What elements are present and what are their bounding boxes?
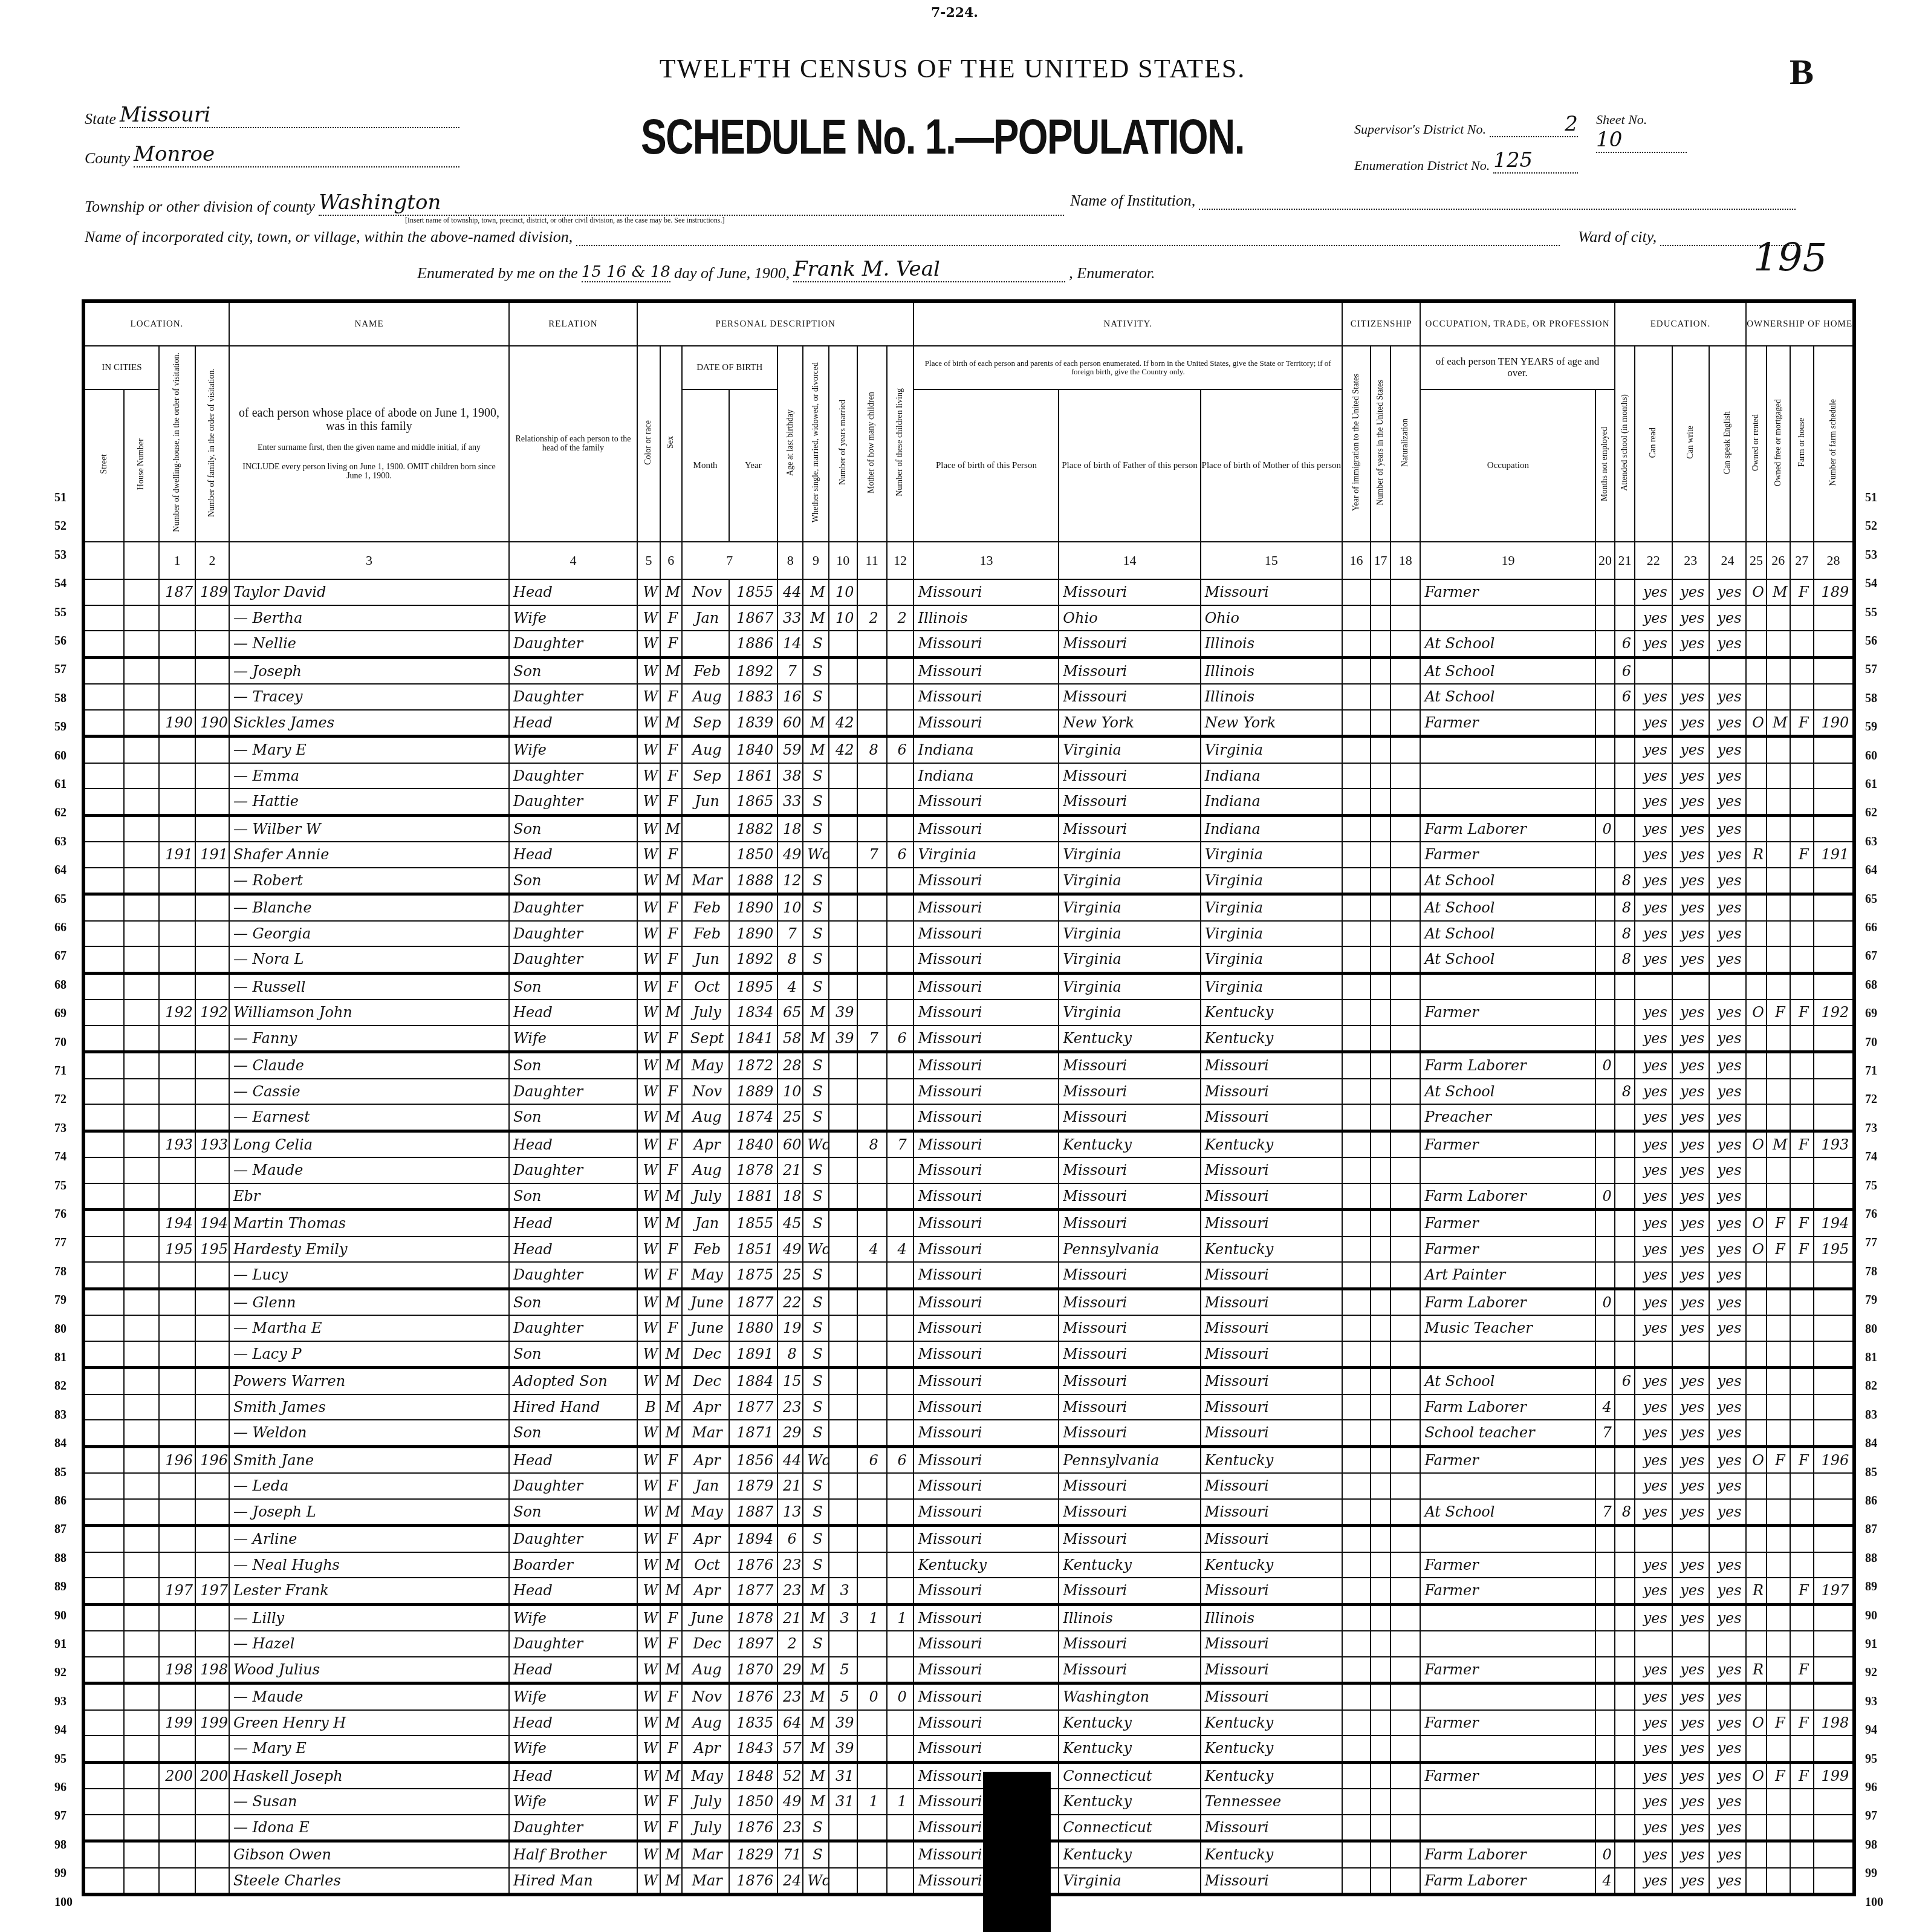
color-race: W <box>637 1631 660 1657</box>
farm-house: F <box>1790 1762 1814 1789</box>
age: 60 <box>777 1131 803 1157</box>
speaks-english: yes <box>1709 1473 1746 1499</box>
sex: F <box>660 737 682 763</box>
immigration-year <box>1342 1183 1371 1210</box>
dwelling-number <box>159 631 195 657</box>
can-write: yes <box>1672 1604 1709 1631</box>
years-in-us <box>1371 1000 1391 1026</box>
birth-year: 1880 <box>729 1315 777 1341</box>
can-write: yes <box>1672 737 1709 763</box>
table-row: — HattieDaughterWFJun186533SMissouriMiss… <box>83 789 1854 815</box>
can-write: yes <box>1672 1683 1709 1710</box>
birth-month: Feb <box>682 1237 729 1263</box>
marital-status: S <box>803 1420 828 1446</box>
birthplace-person: Missouri <box>914 1289 1059 1315</box>
line-number: 80 <box>54 1322 67 1336</box>
immigration-year <box>1342 1710 1371 1736</box>
birthplace-person: Missouri <box>914 1104 1059 1131</box>
header-sex: Sex <box>660 346 682 542</box>
line-number: 71 <box>54 1064 67 1078</box>
years-married: 3 <box>829 1578 857 1604</box>
table-row: — HazelDaughterWFDec18972SMissouriMissou… <box>83 1631 1854 1657</box>
birth-month <box>682 815 729 842</box>
occupation <box>1420 1815 1595 1841</box>
owned-rented <box>1746 1368 1766 1394</box>
immigration-year <box>1342 973 1371 1000</box>
school-months <box>1615 1262 1635 1289</box>
street-cell <box>83 1104 124 1131</box>
years-in-us <box>1371 1368 1391 1394</box>
naturalization <box>1391 1026 1420 1052</box>
house-number-cell <box>124 1420 159 1446</box>
birthplace-father: Kentucky <box>1059 1735 1200 1762</box>
header-years-us: Number of years in the United States <box>1371 346 1391 542</box>
birth-month <box>682 631 729 657</box>
years-in-us <box>1371 921 1391 947</box>
farm-house <box>1790 1420 1814 1446</box>
birthplace-mother: Missouri <box>1201 1052 1342 1079</box>
can-read: yes <box>1635 710 1672 737</box>
months-unemployed <box>1595 1815 1614 1841</box>
relation: Wife <box>509 605 637 631</box>
years-married <box>829 1104 857 1131</box>
line-number: 59 <box>54 720 67 734</box>
owned-rented: O <box>1746 579 1766 605</box>
owned-rented <box>1746 1315 1766 1341</box>
free-mortgaged: F <box>1767 1210 1790 1237</box>
speaks-english: yes <box>1709 1026 1746 1052</box>
birthplace-mother: Missouri <box>1201 1079 1342 1105</box>
color-race: W <box>637 1499 660 1526</box>
sex: M <box>660 1868 682 1895</box>
birth-month: Apr <box>682 1446 729 1473</box>
mother-of-children <box>857 1368 887 1394</box>
occupation: Farm Laborer <box>1420 1289 1595 1315</box>
relation: Son <box>509 1341 637 1368</box>
dwelling-number <box>159 1026 195 1052</box>
person-name: — Nora L <box>229 946 509 973</box>
birthplace-mother: Missouri <box>1201 1210 1342 1237</box>
farm-schedule-number <box>1814 1473 1854 1499</box>
children-living <box>887 1262 914 1289</box>
children-living: 6 <box>887 1026 914 1052</box>
birth-month: July <box>682 1000 729 1026</box>
years-in-us <box>1371 1315 1391 1341</box>
owned-rented <box>1746 1104 1766 1131</box>
mother-of-children <box>857 1262 887 1289</box>
can-read: yes <box>1635 1473 1672 1499</box>
free-mortgaged <box>1767 1289 1790 1315</box>
years-married: 5 <box>829 1657 857 1683</box>
sex: F <box>660 1683 682 1710</box>
line-number: 91 <box>54 1638 67 1651</box>
birth-year: 1881 <box>729 1183 777 1210</box>
can-write: yes <box>1672 1868 1709 1895</box>
enumerator-name: Frank M. Veal <box>793 257 1065 282</box>
column-number: 19 <box>1420 542 1595 579</box>
birthplace-person: Indiana <box>914 763 1059 789</box>
months-unemployed <box>1595 1262 1614 1289</box>
birthplace-person: Missouri <box>914 1735 1059 1762</box>
relation: Daughter <box>509 1815 637 1841</box>
line-number: 97 <box>1865 1809 1877 1823</box>
table-row: 198198Wood JuliusHeadWMAug187029M5Missou… <box>83 1657 1854 1683</box>
immigration-year <box>1342 1341 1371 1368</box>
birthplace-mother: Missouri <box>1201 1262 1342 1289</box>
immigration-year <box>1342 1237 1371 1263</box>
months-unemployed <box>1595 1104 1614 1131</box>
speaks-english: yes <box>1709 631 1746 657</box>
birth-month <box>682 842 729 868</box>
years-married <box>829 1631 857 1657</box>
mother-of-children <box>857 1841 887 1868</box>
farm-schedule-number <box>1814 631 1854 657</box>
mother-of-children <box>857 1473 887 1499</box>
owned-rented <box>1746 894 1766 921</box>
naturalization <box>1391 1604 1420 1631</box>
farm-schedule-number <box>1814 1552 1854 1578</box>
free-mortgaged <box>1767 1341 1790 1368</box>
occupation: Farm Laborer <box>1420 1868 1595 1895</box>
table-row: — Joseph LSonWMMay188713SMissouriMissour… <box>83 1499 1854 1526</box>
person-name: — Weldon <box>229 1420 509 1446</box>
school-months <box>1615 1289 1635 1315</box>
can-read: yes <box>1635 868 1672 894</box>
house-number-cell <box>124 1710 159 1736</box>
occupation <box>1420 1157 1595 1183</box>
mother-of-children: 1 <box>857 1604 887 1631</box>
years-married <box>829 789 857 815</box>
birth-year: 1856 <box>729 1446 777 1473</box>
immigration-year <box>1342 1000 1371 1026</box>
years-married <box>829 1315 857 1341</box>
occupation: Farmer <box>1420 1000 1595 1026</box>
relation: Daughter <box>509 684 637 710</box>
township-note: [Insert name of township, town, precinct… <box>405 216 1064 225</box>
can-read: yes <box>1635 1815 1672 1841</box>
birth-month: Aug <box>682 737 729 763</box>
house-number-cell <box>124 1631 159 1657</box>
farm-house: F <box>1790 842 1814 868</box>
children-living <box>887 973 914 1000</box>
header-relation: RELATION <box>509 301 637 346</box>
family-number <box>195 1526 229 1552</box>
speaks-english <box>1709 973 1746 1000</box>
street-cell <box>83 1604 124 1631</box>
table-row: — TraceyDaughterWFAug188316SMissouriMiss… <box>83 684 1854 710</box>
person-name: — Nellie <box>229 631 509 657</box>
can-read <box>1635 1526 1672 1552</box>
relation: Wife <box>509 1026 637 1052</box>
farm-schedule-number <box>1814 763 1854 789</box>
line-number: 99 <box>54 1867 67 1881</box>
line-number: 74 <box>1865 1150 1877 1164</box>
farm-schedule-number <box>1814 657 1854 684</box>
relation: Head <box>509 579 637 605</box>
color-race: W <box>637 1157 660 1183</box>
sex: F <box>660 1157 682 1183</box>
can-write: yes <box>1672 1657 1709 1683</box>
house-number-cell <box>124 631 159 657</box>
occupation: At School <box>1420 657 1595 684</box>
column-number: 6 <box>660 542 682 579</box>
owned-rented <box>1746 1473 1766 1499</box>
marital-status: S <box>803 1210 828 1237</box>
birth-year: 1878 <box>729 1604 777 1631</box>
age: 23 <box>777 1394 803 1420</box>
city-label: Name of incorporated city, town, or vill… <box>85 228 573 246</box>
house-number-cell <box>124 1394 159 1420</box>
line-number: 58 <box>1865 692 1877 706</box>
birthplace-father: Kentucky <box>1059 1710 1200 1736</box>
can-read: yes <box>1635 1210 1672 1237</box>
immigration-year <box>1342 1131 1371 1157</box>
birthplace-mother: Virginia <box>1201 946 1342 973</box>
owned-rented <box>1746 737 1766 763</box>
free-mortgaged: M <box>1767 710 1790 737</box>
street-cell <box>83 1131 124 1157</box>
street-cell <box>83 946 124 973</box>
birth-month: Nov <box>682 1683 729 1710</box>
relation: Daughter <box>509 921 637 947</box>
farm-schedule-number <box>1814 1815 1854 1841</box>
line-number: 73 <box>54 1122 67 1136</box>
months-unemployed: 4 <box>1595 1394 1614 1420</box>
birthplace-father: Missouri <box>1059 1341 1200 1368</box>
street-cell <box>83 1026 124 1052</box>
months-unemployed <box>1595 657 1614 684</box>
school-months <box>1615 1657 1635 1683</box>
months-unemployed <box>1595 737 1614 763</box>
owned-rented: O <box>1746 1237 1766 1263</box>
birthplace-father: Connecticut <box>1059 1762 1200 1789</box>
relation: Head <box>509 710 637 737</box>
birthplace-person: Missouri <box>914 815 1059 842</box>
farm-house <box>1790 1683 1814 1710</box>
birth-month: Aug <box>682 1710 729 1736</box>
dwelling-number <box>159 868 195 894</box>
birthplace-father: Kentucky <box>1059 1131 1200 1157</box>
months-unemployed <box>1595 946 1614 973</box>
dwelling-number <box>159 605 195 631</box>
free-mortgaged <box>1767 1868 1790 1895</box>
house-number-cell <box>124 1868 159 1895</box>
header-months-unemployed: Months not employed <box>1595 389 1614 542</box>
years-in-us <box>1371 1604 1391 1631</box>
line-number: 76 <box>1865 1208 1877 1221</box>
farm-house <box>1790 1526 1814 1552</box>
marital-status: S <box>803 1552 828 1578</box>
sex: M <box>660 657 682 684</box>
table-row: — GeorgiaDaughterWFFeb18907SMissouriVirg… <box>83 921 1854 947</box>
birthplace-father: Virginia <box>1059 1000 1200 1026</box>
house-number-cell <box>124 1026 159 1052</box>
can-read: yes <box>1635 1446 1672 1473</box>
children-living: 6 <box>887 842 914 868</box>
marital-status: M <box>803 1604 828 1631</box>
line-number: 73 <box>1865 1122 1877 1136</box>
speaks-english: yes <box>1709 894 1746 921</box>
immigration-year <box>1342 1735 1371 1762</box>
birthplace-mother: Kentucky <box>1201 1552 1342 1578</box>
family-number <box>195 921 229 947</box>
line-number: 75 <box>54 1179 67 1193</box>
mother-of-children: 0 <box>857 1683 887 1710</box>
immigration-year <box>1342 815 1371 842</box>
street-cell <box>83 1710 124 1736</box>
table-row: 200200Haskell JosephHeadWMMay184852M31Mi… <box>83 1762 1854 1789</box>
mother-of-children <box>857 657 887 684</box>
header-birth-person: Place of birth of this Person <box>914 389 1059 542</box>
owned-rented <box>1746 1026 1766 1052</box>
dwelling-number <box>159 1841 195 1868</box>
birthplace-mother: Missouri <box>1201 1341 1342 1368</box>
school-months <box>1615 1473 1635 1499</box>
birthplace-person: Missouri <box>914 1000 1059 1026</box>
birthplace-person: Missouri <box>914 1473 1059 1499</box>
school-months <box>1615 763 1635 789</box>
birth-month: July <box>682 1789 729 1815</box>
occupation <box>1420 1026 1595 1052</box>
occupation: At School <box>1420 631 1595 657</box>
header-birth-mother: Place of birth of Mother of this person <box>1201 389 1342 542</box>
birth-year: 1892 <box>729 946 777 973</box>
can-read: yes <box>1635 842 1672 868</box>
header-owned-rented: Owned or rented <box>1746 346 1766 542</box>
free-mortgaged <box>1767 1578 1790 1604</box>
farm-schedule-number: 192 <box>1814 1000 1854 1026</box>
children-living: 6 <box>887 1446 914 1473</box>
color-race: W <box>637 1789 660 1815</box>
can-read: yes <box>1635 1735 1672 1762</box>
children-living: 1 <box>887 1789 914 1815</box>
speaks-english: yes <box>1709 1157 1746 1183</box>
sex: M <box>660 1052 682 1079</box>
birth-month: Apr <box>682 1735 729 1762</box>
school-months <box>1615 1052 1635 1079</box>
family-number: 194 <box>195 1210 229 1237</box>
mother-of-children <box>857 1341 887 1368</box>
line-number: 66 <box>1865 921 1877 935</box>
header-free-mortgaged: Owned free or mortgaged <box>1767 346 1790 542</box>
birth-month: July <box>682 1183 729 1210</box>
birthplace-mother: New York <box>1201 710 1342 737</box>
immigration-year <box>1342 657 1371 684</box>
farm-house <box>1790 605 1814 631</box>
line-number: 53 <box>1865 548 1877 562</box>
dwelling-number <box>159 1526 195 1552</box>
school-months <box>1615 1578 1635 1604</box>
house-number-cell <box>124 737 159 763</box>
speaks-english: yes <box>1709 815 1746 842</box>
sex: M <box>660 1552 682 1578</box>
owned-rented <box>1746 1604 1766 1631</box>
speaks-english: yes <box>1709 1578 1746 1604</box>
birthplace-father: Illinois <box>1059 1604 1200 1631</box>
farm-house: F <box>1790 1446 1814 1473</box>
sex: F <box>660 1735 682 1762</box>
farm-schedule-number <box>1814 1104 1854 1131</box>
color-race: W <box>637 894 660 921</box>
children-living <box>887 1631 914 1657</box>
years-in-us <box>1371 789 1391 815</box>
birthplace-father: Pennsylvania <box>1059 1446 1200 1473</box>
can-write: yes <box>1672 1157 1709 1183</box>
person-name: — Martha E <box>229 1315 509 1341</box>
supervisor-field: Supervisor's District No.2 <box>1354 112 1578 137</box>
mother-of-children <box>857 1657 887 1683</box>
age: 28 <box>777 1052 803 1079</box>
marital-status: M <box>803 1657 828 1683</box>
table-row: — CassieDaughterWFNov188910SMissouriMiss… <box>83 1079 1854 1105</box>
birth-month: Sep <box>682 763 729 789</box>
speaks-english: yes <box>1709 1131 1746 1157</box>
farm-house <box>1790 1604 1814 1631</box>
birth-month: Dec <box>682 1368 729 1394</box>
birthplace-father: Virginia <box>1059 921 1200 947</box>
children-living: 2 <box>887 605 914 631</box>
can-write: yes <box>1672 1578 1709 1604</box>
marital-status: S <box>803 631 828 657</box>
sex: F <box>660 1789 682 1815</box>
table-row: — Neal HughsBoarderWMOct187623SKentuckyK… <box>83 1552 1854 1578</box>
birthplace-mother: Missouri <box>1201 1578 1342 1604</box>
family-number: 192 <box>195 1000 229 1026</box>
occupation <box>1420 1473 1595 1499</box>
line-number: 88 <box>54 1552 67 1566</box>
owned-rented <box>1746 1157 1766 1183</box>
street-cell <box>83 1841 124 1868</box>
can-read: yes <box>1635 1289 1672 1315</box>
owned-rented <box>1746 868 1766 894</box>
house-number-cell <box>124 1657 159 1683</box>
speaks-english: yes <box>1709 1183 1746 1210</box>
months-unemployed <box>1595 789 1614 815</box>
farm-schedule-number <box>1814 1499 1854 1526</box>
can-read <box>1635 1631 1672 1657</box>
sex: F <box>660 789 682 815</box>
can-write: yes <box>1672 1289 1709 1315</box>
can-write: yes <box>1672 631 1709 657</box>
free-mortgaged: M <box>1767 1131 1790 1157</box>
dwelling-number <box>159 894 195 921</box>
school-months <box>1615 1210 1635 1237</box>
color-race: W <box>637 1104 660 1131</box>
naturalization <box>1391 605 1420 631</box>
naturalization <box>1391 815 1420 842</box>
years-in-us <box>1371 842 1391 868</box>
farm-house <box>1790 1157 1814 1183</box>
immigration-year <box>1342 579 1371 605</box>
years-married <box>829 1052 857 1079</box>
person-name: Sickles James <box>229 710 509 737</box>
birthplace-mother: Kentucky <box>1201 1841 1342 1868</box>
relation: Wife <box>509 1683 637 1710</box>
family-number <box>195 1368 229 1394</box>
farm-house <box>1790 1104 1814 1131</box>
owned-rented: O <box>1746 1131 1766 1157</box>
column-number: 4 <box>509 542 637 579</box>
street-cell <box>83 684 124 710</box>
birth-month: Mar <box>682 1420 729 1446</box>
relation: Head <box>509 1446 637 1473</box>
can-read: yes <box>1635 921 1672 947</box>
can-write <box>1672 973 1709 1000</box>
free-mortgaged <box>1767 1104 1790 1131</box>
color-race: W <box>637 1868 660 1895</box>
mother-of-children <box>857 1578 887 1604</box>
occupation: Farm Laborer <box>1420 1183 1595 1210</box>
